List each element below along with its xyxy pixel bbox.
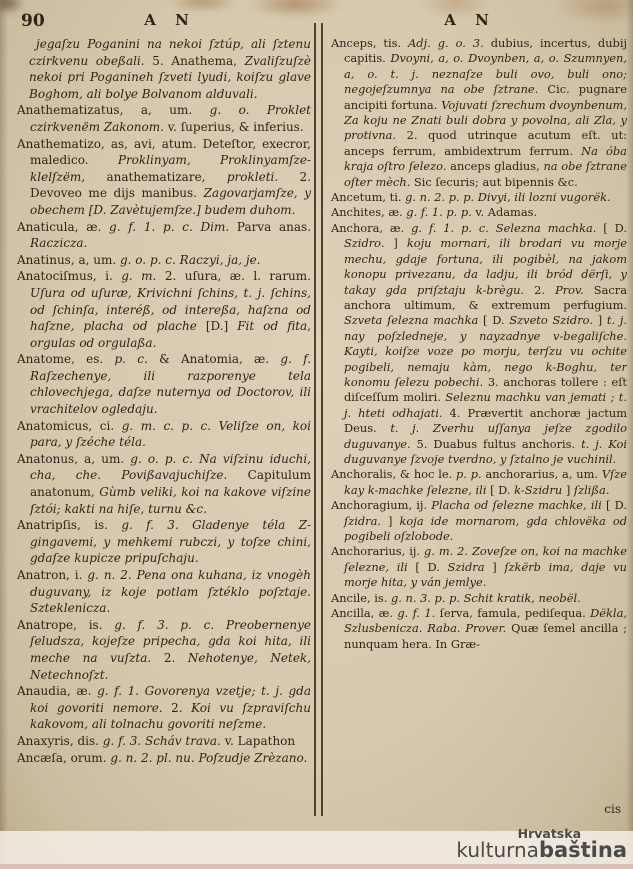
entry-text-roman: Anchites, æ.: [331, 205, 406, 219]
entry-text-roman: Anatomicus, ci.: [17, 419, 122, 433]
dictionary-entry: Anchoragium, ij. Placha od ſelezne machk…: [331, 498, 627, 544]
watermark-bold: baština: [539, 838, 627, 862]
entry-text-roman: [ D.: [603, 221, 627, 235]
entry-text-italic: g. f. 1. p. p.: [406, 205, 475, 219]
entry-text-roman: Anchoralis, & hoc le.: [331, 467, 456, 481]
entry-text-italic: k-Szidru: [514, 483, 566, 497]
entry-text-roman: 2.: [171, 701, 191, 715]
dictionary-entry: Anatinus, a, um. g. o. p. c. Raczyi, ja,…: [17, 252, 311, 269]
entry-text-italic: Szveta ſelezna machka: [344, 313, 483, 327]
dictionary-entry: Ancæſa, orum. g. n. 2. pl. nu. Poſzudje …: [17, 750, 311, 767]
entry-text-roman: 2. uſura, æ. l. rarum.: [165, 269, 311, 283]
entry-text-roman: Parva anas.: [237, 220, 311, 234]
entry-text-italic: g. f. 3. Scháv trava.: [103, 734, 225, 748]
entry-text-roman: Ancetum, ti.: [331, 190, 405, 204]
entry-text-roman: Ancile, is.: [331, 591, 391, 605]
entry-text-roman: Anchora, æ.: [331, 221, 411, 235]
entry-text-italic: g. f. 1. p. c. Selezna machka.: [411, 221, 603, 235]
entry-text-italic: ſzlißa.: [574, 483, 610, 497]
column-divider-rule: [314, 23, 323, 816]
dictionary-entry: Anatome, es. p. c. & Anatomia, æ. g. f. …: [17, 351, 311, 417]
entry-text-italic: Prov.: [555, 283, 594, 297]
entry-text-italic: p. c.: [115, 352, 160, 366]
running-head-left: A N: [115, 11, 225, 29]
entry-text-roman: Anceps, tis.: [331, 36, 408, 50]
text-column-left: jegaſzu Poganini na nekoi ſztúp, ali ſzt…: [17, 36, 311, 826]
entry-text-roman: Anathematizatus, a, um.: [17, 103, 210, 117]
dictionary-entry: Anatrope, is. g. f. 3. p. c. Preoberneny…: [17, 617, 311, 683]
entry-text-roman: Anchoragium, ij.: [331, 498, 431, 512]
dictionary-entry: Anchoralis, & hoc le. p. p. anchorarius,…: [331, 467, 627, 498]
dictionary-entry: Anchites, æ. g. f. 1. p. p. v. Adamas.: [331, 205, 627, 220]
watermark: Hrvatska kulturnabaština: [456, 828, 627, 861]
bottom-edge-strip: [0, 864, 633, 869]
entry-text-roman: Anchorarius, ij.: [331, 544, 424, 558]
entry-text-roman: Anatinus, a, um.: [17, 253, 120, 267]
entry-text-italic: prokleti.: [227, 170, 300, 184]
entry-text-roman: v. Lapathon: [225, 734, 295, 748]
entry-text-roman: 2.: [534, 283, 555, 297]
dictionary-entry: Ancetum, ti. g. n. 2. p. p. Divyi, ili l…: [331, 190, 627, 205]
entry-text-roman: [ D.: [606, 498, 627, 512]
entry-text-roman: & Anatomia, æ.: [159, 352, 280, 366]
entry-text-italic: g. f. 1. p. c. Dim.: [109, 220, 237, 234]
dictionary-entry: Anatripſis, is. g. f. 3. Gladenye téla Z…: [17, 517, 311, 567]
dictionary-entry: Anchora, æ. g. f. 1. p. c. Selezna machk…: [331, 221, 627, 468]
dictionary-entry: Anaxyris, dis. g. f. 3. Scháv trava. v. …: [17, 733, 311, 750]
entry-text-roman: Ancæſa, orum.: [17, 751, 110, 765]
entry-text-roman: [D.]: [206, 319, 237, 333]
entry-text-italic: Raczicza.: [30, 236, 87, 250]
stain-decoration: [556, 0, 633, 24]
entry-text-roman: [ D.: [415, 560, 447, 574]
entry-text-roman: Anatrope, is.: [17, 618, 114, 632]
page-edge-shadow: [0, 0, 8, 869]
entry-text-roman: Sic ſecuris; aut bipennis &c.: [414, 175, 578, 189]
entry-text-roman: Anatonus, a, um.: [17, 452, 130, 466]
entry-text-roman: ]: [492, 560, 504, 574]
dictionary-entry: Anceps, tis. Adj. g. o. 3. dubius, incer…: [331, 36, 627, 190]
dictionary-entry: Anatociſmus, i. g. m. 2. uſura, æ. l. ra…: [17, 268, 311, 351]
dictionary-entry: Anatonus, a, um. g. o. p. c. Na viſzinu …: [17, 451, 311, 517]
dictionary-entry: Anatron, i. g. n. 2. Pena ona kuhana, iz…: [17, 567, 311, 617]
dictionary-entry: Anchorarius, ij. g. m. 2. Zoveſze on, ko…: [331, 544, 627, 590]
entry-text-italic: g. n. 3. p. p. Schit kratik, neobël.: [391, 591, 581, 605]
scanned-dictionary-page: 90 A N A N jegaſzu Poganini na nekoi ſzt…: [0, 0, 633, 869]
watermark-line2: kulturnabaština: [456, 840, 627, 861]
entry-text-italic: Szidro.: [344, 236, 393, 250]
entry-text-roman: ]: [393, 236, 406, 250]
entry-text-roman: anathematizare,: [106, 170, 226, 184]
entry-text-roman: ]: [566, 483, 574, 497]
entry-text-italic: Adj. g. o. 3.: [408, 36, 491, 50]
entry-text-roman: Anatripſis, is.: [17, 518, 121, 532]
entry-text-roman: [ D.: [483, 313, 509, 327]
entry-text-roman: ſerva, famula, pediſequa.: [440, 606, 591, 620]
dictionary-entry: Anaticula, æ. g. f. 1. p. c. Dim. Parva …: [17, 219, 311, 252]
entry-text-italic: g. f. 1.: [397, 606, 439, 620]
entry-text-roman: Anaudia, æ.: [17, 684, 97, 698]
entry-text-roman: 2.: [164, 651, 188, 665]
dictionary-entry: Anathematizo, as, avi, atum. Deteſtor, e…: [17, 136, 311, 219]
entry-text-italic: Szidra: [448, 560, 493, 574]
entry-text-italic: p. p.: [456, 467, 485, 481]
entry-text-roman: ]: [388, 514, 399, 528]
entry-text-roman: Anatociſmus, i.: [17, 269, 121, 283]
dictionary-entry: Anaudia, æ. g. f. 1. Govorenya vzetje; t…: [17, 683, 311, 733]
entry-text-roman: anchorarius, a, um.: [485, 467, 601, 481]
entry-text-roman: v. ſuperius, & inferius.: [168, 120, 304, 134]
entry-text-italic: g. n. 2. pl. nu. Poſzudje Zrèzano.: [110, 751, 307, 765]
entry-text-roman: Anatome, es.: [17, 352, 115, 366]
dictionary-entry: Ancile, is. g. n. 3. p. p. Schit kratik,…: [331, 591, 627, 606]
dictionary-entry: Ancilla, æ. g. f. 1. ſerva, famula, pedi…: [331, 606, 627, 652]
entry-text-roman: [ D.: [490, 483, 514, 497]
entry-text-italic: Placha od ſelezne machke, ili: [431, 498, 606, 512]
entry-text-italic: g. n. 2. p. p. Divyi, ili lozni vugorëk.: [405, 190, 610, 204]
entry-continuation: jegaſzu Poganini na nekoi ſztúp, ali ſzt…: [17, 36, 311, 102]
entry-text-italic: g. m.: [121, 269, 165, 283]
running-head-right: A N: [415, 11, 525, 29]
page-number: 90: [21, 11, 45, 31]
entry-text-roman: Anaxyris, dis.: [17, 734, 103, 748]
entry-text-roman: ]: [598, 313, 607, 327]
entry-text-roman: 5. Duabus fultus anchoris.: [417, 437, 582, 451]
entry-text-roman: 5. Anathema,: [152, 54, 244, 68]
watermark-regular: kulturna: [456, 838, 539, 862]
entry-text-italic: ſzidra.: [344, 514, 388, 528]
stain-decoration: [248, 0, 343, 18]
dictionary-entry: Anathematizatus, a, um. g. o. Proklet cz…: [17, 102, 311, 135]
entry-text-roman: v. Adamas.: [475, 205, 537, 219]
entry-text-roman: Anatron, i.: [17, 568, 87, 582]
entry-text-roman: Anaticula, æ.: [17, 220, 109, 234]
dictionary-entry: Anatomicus, ci. g. m. c. p. c. Veliſze o…: [17, 418, 311, 451]
text-column-right: Anceps, tis. Adj. g. o. 3. dubius, incer…: [331, 36, 627, 826]
catchword: cis: [604, 802, 621, 816]
page-edge-shadow: [626, 0, 633, 869]
entry-text-roman: Ancilla, æ.: [331, 606, 397, 620]
entry-text-italic: Szveto Szidro.: [509, 313, 597, 327]
entry-text-italic: g. o. p. c. Raczyi, ja, je.: [120, 253, 261, 267]
entry-text-roman: anceps gladius,: [450, 159, 543, 173]
